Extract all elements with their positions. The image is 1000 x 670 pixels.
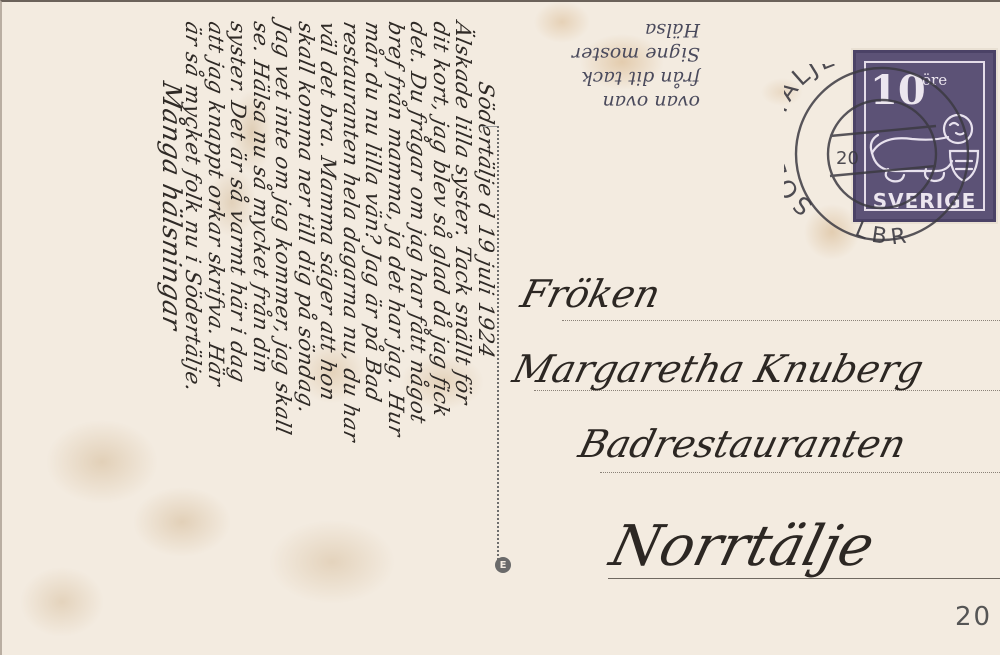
address-city: Norrtälje [604, 514, 881, 579]
message-line: Jag vet inte om jag kommer, jag skall [272, 20, 295, 657]
inverted-note-line: från dit tack [470, 66, 700, 90]
message-line: väl det bra. Mamma säger att hon [317, 20, 340, 657]
divider-top-tick [482, 126, 498, 127]
address-salutation: Fröken [517, 272, 665, 316]
address-street: Badrestauranten [575, 422, 911, 466]
message-signature: Många hälsningar [160, 20, 183, 657]
lion-icon [866, 111, 984, 187]
svg-text:SÖDERTÄLJE: SÖDERTÄLJE [784, 64, 841, 221]
address-recipient-name: Margaretha Knuberg [509, 347, 928, 391]
address-rule-3 [600, 472, 1000, 473]
message-line: det. Du frågar om jag har fått något [407, 20, 430, 657]
stamp-currency: öre [922, 71, 947, 89]
pencil-corner-number: 20 [955, 602, 992, 632]
inverted-note: ovan ovan från dit tack Signe moster Häl… [470, 4, 700, 114]
message-line: mår du nu lilla vän? Jag är på Bad [362, 20, 385, 657]
message-line: att jag knappt orkar skrifva. Här [205, 20, 228, 657]
message-line: skall komma ner till dig på söndag. [295, 20, 318, 657]
message-line: Älskade lilla syster. Tack snällt för [452, 20, 475, 657]
message-address-divider [497, 126, 499, 568]
stamp-country: SVERIGE [856, 189, 993, 213]
message-line: dit kort, jag blev så glad då jag fick [430, 20, 453, 657]
message-area: Södertälje d 19 juli 1924 Älskade lilla … [2, 2, 497, 657]
postcard-back: Södertälje d 19 juli 1924 Älskade lilla … [0, 0, 1000, 655]
handwritten-message: Södertälje d 19 juli 1924 Älskade lilla … [17, 22, 497, 657]
message-line: restauranten hela dagarna nu, du har [340, 20, 363, 657]
message-line: bref från mamma, ja det har jag. Hur [385, 20, 408, 657]
postmark-town: SÖDERTÄLJE [784, 64, 841, 221]
stamp-value: 10 [870, 71, 926, 111]
inverted-note-line: Hälsa [470, 18, 700, 42]
inverted-note-line: Signe moster [470, 42, 700, 66]
postage-stamp: 10 öre SVERIGE [853, 50, 996, 222]
message-dateline: Södertälje d 19 juli 1924 [475, 20, 498, 657]
publisher-logo-icon: E [495, 557, 511, 573]
inverted-note-line: ovan ovan [470, 90, 700, 114]
address-rule-1 [562, 320, 1000, 321]
message-line: se. Hälsa nu så mycket från din [250, 20, 273, 657]
message-line: syster. Det är så varmt här i dag [227, 20, 250, 657]
